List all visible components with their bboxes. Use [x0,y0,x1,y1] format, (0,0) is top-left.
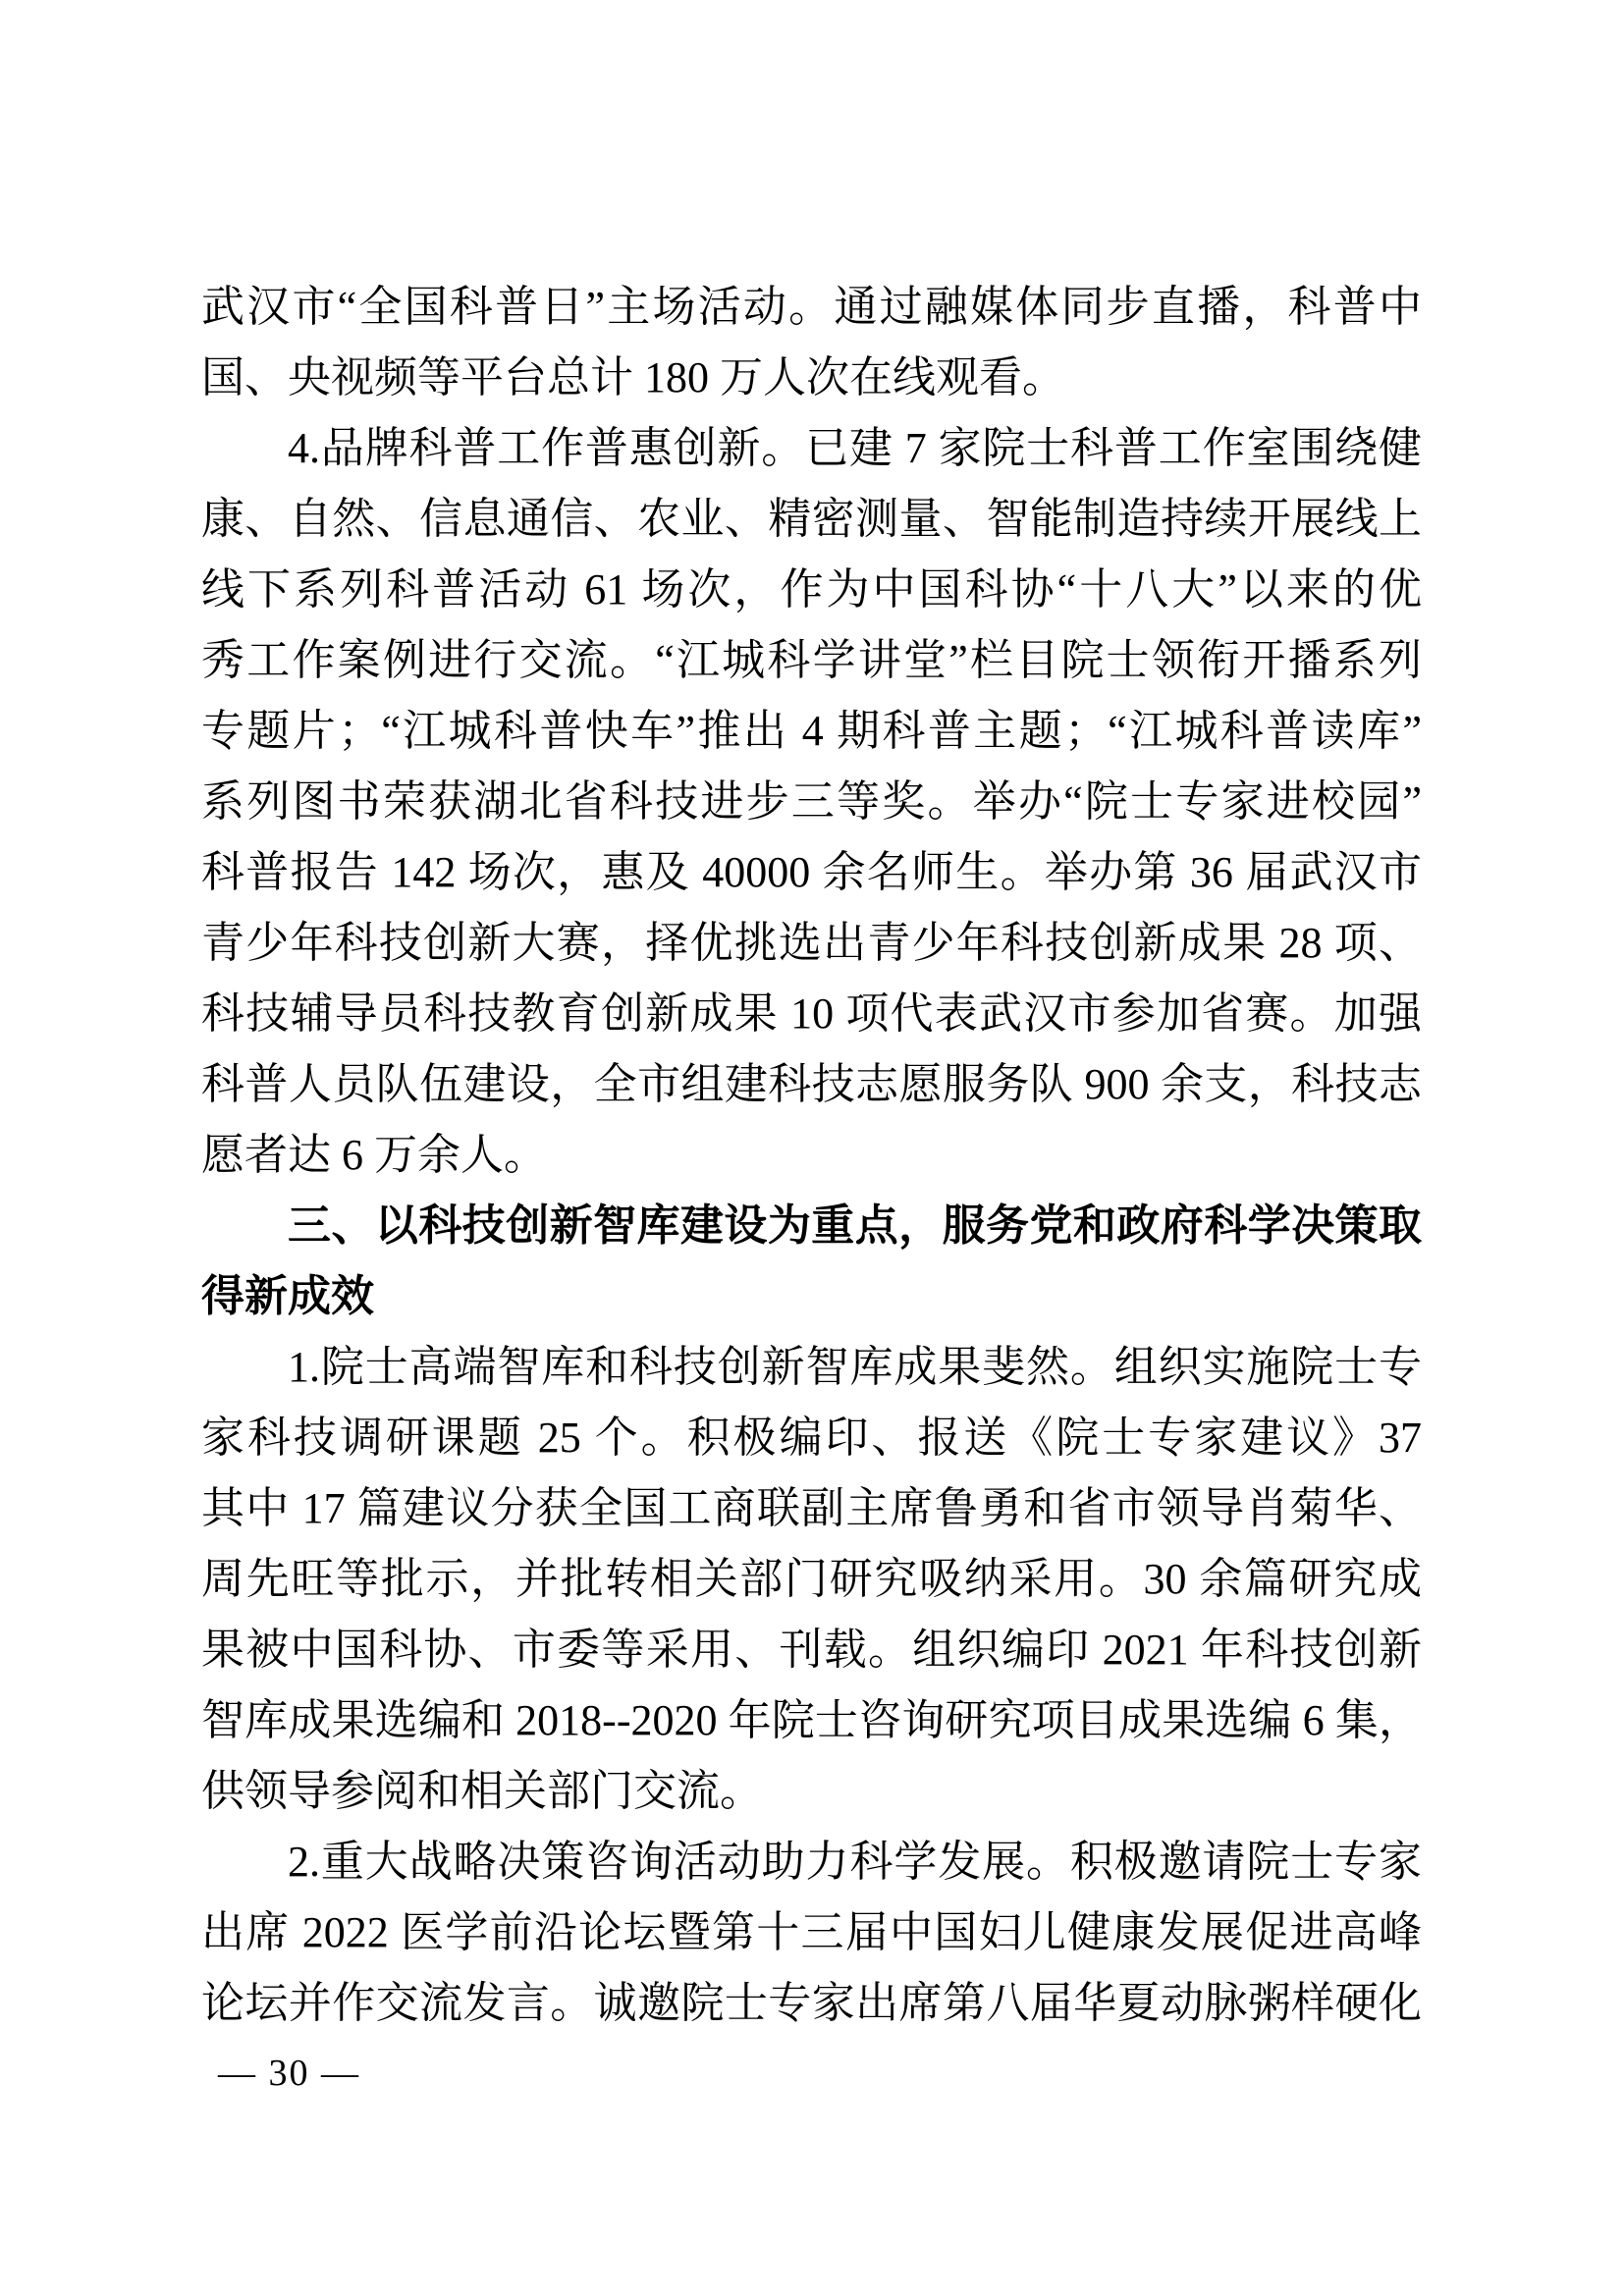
page-number: — 30 — [218,2050,360,2097]
text-line: 青少年科技创新大赛，择优挑选出青少年科技创新成果 28 项、 [201,908,1422,979]
text-line: 愿者达 6 万余人。 [201,1120,1422,1191]
section-heading: 得新成效 [201,1261,1422,1332]
text-line: 武汉市“全国科普日”主场活动。通过融媒体同步直播，科普中 [201,272,1422,343]
text-line: 系列图书荣获湖北省科技进步三等奖。举办“院士专家进校园” [201,767,1422,837]
text-line: 供领导参阅和相关部门交流。 [201,1756,1422,1827]
text-line: 国、央视频等平台总计 180 万人次在线观看。 [201,343,1422,413]
document-body: 武汉市“全国科普日”主场活动。通过融媒体同步直播，科普中 国、央视频等平台总计 … [201,272,1422,2039]
document-page: 武汉市“全国科普日”主场活动。通过融媒体同步直播，科普中 国、央视频等平台总计 … [0,0,1624,2296]
text-line: 康、自然、信息通信、农业、精密测量、智能制造持续开展线上 [201,484,1422,555]
section-heading: 三、以科技创新智库建设为重点，服务党和政府科学决策取 [201,1191,1422,1261]
text-line: 其中 17 篇建议分获全国工商联副主席鲁勇和省市领导肖菊华、 [201,1473,1422,1544]
text-line: 科技辅导员科技教育创新成果 10 项代表武汉市参加省赛。加强 [201,979,1422,1049]
text-line: 4.品牌科普工作普惠创新。已建 7 家院士科普工作室围绕健 [201,413,1422,484]
text-line: 周先旺等批示，并批转相关部门研究吸纳采用。30 余篇研究成 [201,1544,1422,1615]
text-line: 科普人员队伍建设，全市组建科技志愿服务队 900 余支，科技志 [201,1049,1422,1120]
text-line: 科普报告 142 场次，惠及 40000 余名师生。举办第 36 届武汉市 [201,837,1422,908]
text-line: 2.重大战略决策咨询活动助力科学发展。积极邀请院士专家 [201,1827,1422,1897]
text-line: 秀工作案例进行交流。“江城科学讲堂”栏目院士领衔开播系列 [201,625,1422,696]
text-line: 论坛并作交流发言。诚邀院士专家出席第八届华夏动脉粥样硬化 [201,1968,1422,2039]
text-line: 1.院士高端智库和科技创新智库成果斐然。组织实施院士专 [201,1332,1422,1403]
text-line: 家科技调研课题 25 个。积极编印、报送《院士专家建议》37 篇， [201,1403,1422,1473]
text-line: 专题片；“江城科普快车”推出 4 期科普主题；“江城科普读库” [201,696,1422,767]
text-line: 果被中国科协、市委等采用、刊载。组织编印 2021 年科技创新 [201,1615,1422,1685]
text-line: 出席 2022 医学前沿论坛暨第十三届中国妇儿健康发展促进高峰 [201,1897,1422,1968]
text-line: 智库成果选编和 2018--2020 年院士咨询研究项目成果选编 6 集， [201,1685,1422,1756]
text-line: 线下系列科普活动 61 场次，作为中国科协“十八大”以来的优 [201,555,1422,625]
